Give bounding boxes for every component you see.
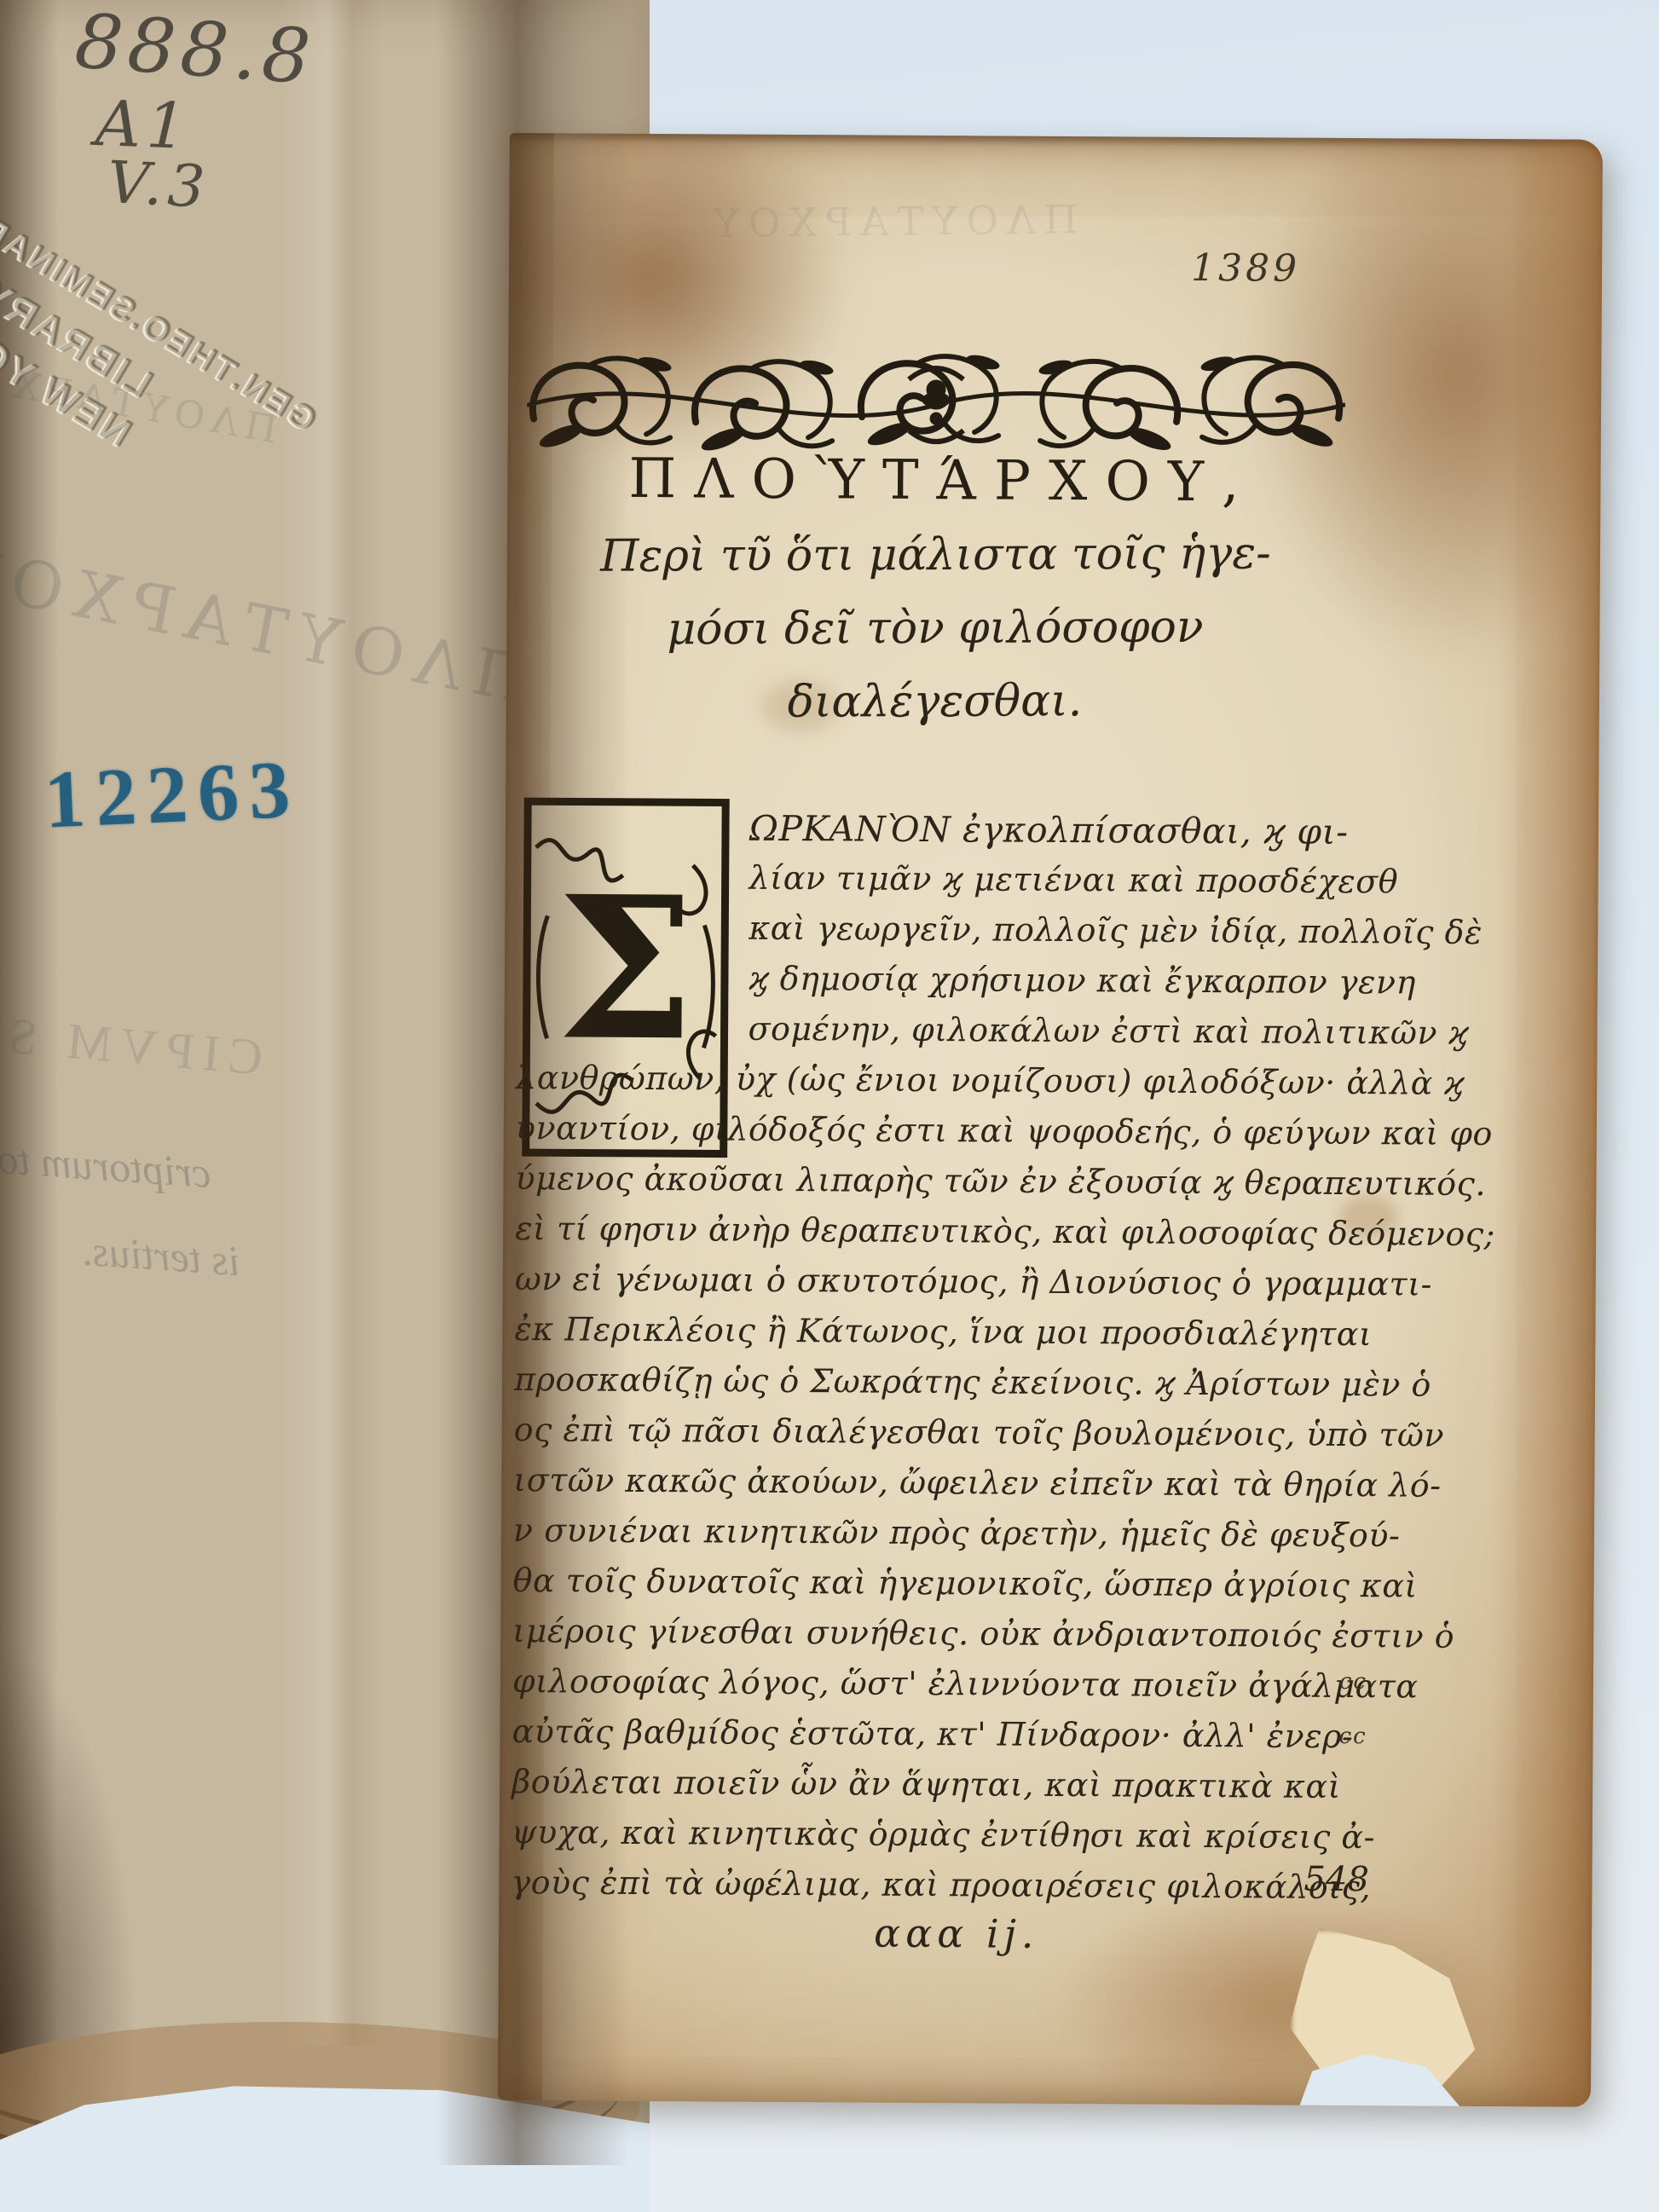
margin-quotation-mark: cc [1338, 1724, 1367, 1749]
subtitle-line-1: Περὶ τῦ ὅτι μάλιστα τοῖς ἡγε- [524, 528, 1347, 582]
body-text-line: λίαν τιμᾶν ϗ μετιέναι καὶ προσδέχεσθ [749, 862, 1399, 898]
body-text-line: ν συνιέναι κινητικῶν πρὸς ἀρετὴν, ἡμεῖς … [513, 1514, 1401, 1551]
recto-page: ΠΛΟΥΤΑΡΧΟΥ 1389 [498, 133, 1603, 2107]
body-text-line: ιμέροις γίνεσθαι συνήθεις. οὐκ ἀνδριαντο… [512, 1614, 1454, 1653]
subtitle-line-2: μόσι δεῖ τὸν φιλόσοφον [523, 601, 1346, 656]
work-author-title: ΠΛΟῪΤΆΡΧΟΥ, [531, 447, 1354, 515]
handwritten-shelfmark-line-3: V.3 [106, 149, 211, 222]
body-text-line: καὶ γεωργεῖν, πολλοῖς μὲν ἰδίᾳ, πολλοῖς … [749, 912, 1483, 949]
body-text-line: ιστῶν κακῶς ἀκούων, ὤφειλεν εἰπεῖν καὶ τ… [513, 1464, 1441, 1502]
body-text-line: ϗ δημοσίᾳ χρήσιμον καὶ ἔγκαρπον γενη [749, 962, 1416, 999]
body-text-line: γοὺς ἐπὶ τὰ ὠφέλιμα, καὶ προαιρέσεις φιλ… [511, 1866, 1371, 1903]
woodcut-drop-cap-sigma: Σ [521, 796, 731, 1158]
body-text-line: σομένην, φιλοκάλων ἐστὶ καὶ πολιτικῶν ϗ [748, 1013, 1468, 1049]
drop-cap-letter: Σ [556, 853, 696, 1084]
stain-right-edge [1488, 139, 1603, 2107]
body-text-line: εὶ τί φησιν ἀνὴρ θεραπευτικὸς, καὶ φιλοσ… [515, 1212, 1495, 1250]
paper-crease [281, 0, 384, 2046]
body-text-line: ύμενος ἀκοῦσαι λιπαρὴς τῶν ἐν ἐξουσίᾳ ϗ … [515, 1162, 1486, 1200]
margin-quotation-mark: cc [1339, 1669, 1367, 1695]
body-text-line: ψυχα, καὶ κινητικὰς ὁρμὰς ἐντίθησι καὶ κ… [512, 1816, 1375, 1853]
handwritten-shelfmark-line-1: 888.8 [72, 0, 318, 101]
body-text-line: ΩΡΚΑΝῸΝ ἐγκολπίσασθαι, ϗ φι- [749, 811, 1349, 850]
accession-number-stamp: 12263 [43, 742, 303, 847]
folio-page-number: 1389 [1191, 246, 1300, 291]
body-text-line: φιλοσοφίας λόγος, ὥστ' ἐλιννύοντα ποιεῖν… [512, 1665, 1419, 1702]
body-text-line: λανθρώπων, ὐχ (ὡς ἔνιοι νομίζουσι) φιλοδ… [516, 1061, 1465, 1100]
body-text-line: ων εἰ γένωμαι ὁ σκυτοτόμος, ἢ Διονύσιος … [515, 1262, 1432, 1301]
body-text-line: ος ἐπὶ τῷ πᾶσι διαλέγεσθαι τοῖς βουλομέν… [514, 1413, 1445, 1452]
body-text-line: ἐκ Περικλέοις ἢ Κάτωνος, ἵνα μοι προσδια… [514, 1313, 1372, 1350]
body-text-line: προσκαθίζῃ ὡς ὁ Σωκράτης ἐκείνοις. ϗ Ἀρί… [514, 1363, 1431, 1401]
gathering-signature-mark: ααα ij. [874, 1910, 1039, 1957]
body-text-line: ὐναντίον, φιλόδοξός ἐστι καὶ ψοφοδεής, ὁ… [516, 1112, 1493, 1150]
body-text-line: θα τοῖς δυνατοῖς καὶ ἡγεμονικοῖς, ὥσπερ … [513, 1564, 1418, 1602]
body-text-line: αὐτᾶς βαθμίδος ἑστῶτα, κτ' Πίνδαρον· ἀλλ… [512, 1715, 1353, 1753]
subtitle-line-3: διαλέγεσθαι. [523, 674, 1346, 729]
photo-of-open-antique-book: 888.8 A1 V.3 GEN.THEO.SEMINARY LIBRARY N… [0, 0, 1659, 2212]
margin-reference-number: 548 [1303, 1860, 1369, 1899]
body-text-line: βούλεται ποιεῖν ὧν ἂν ἅψηται, καὶ πρακτι… [512, 1765, 1341, 1803]
ghost-showthrough-title: ΠΛΟΥΤΑΡΧΟΥ [705, 196, 1078, 246]
